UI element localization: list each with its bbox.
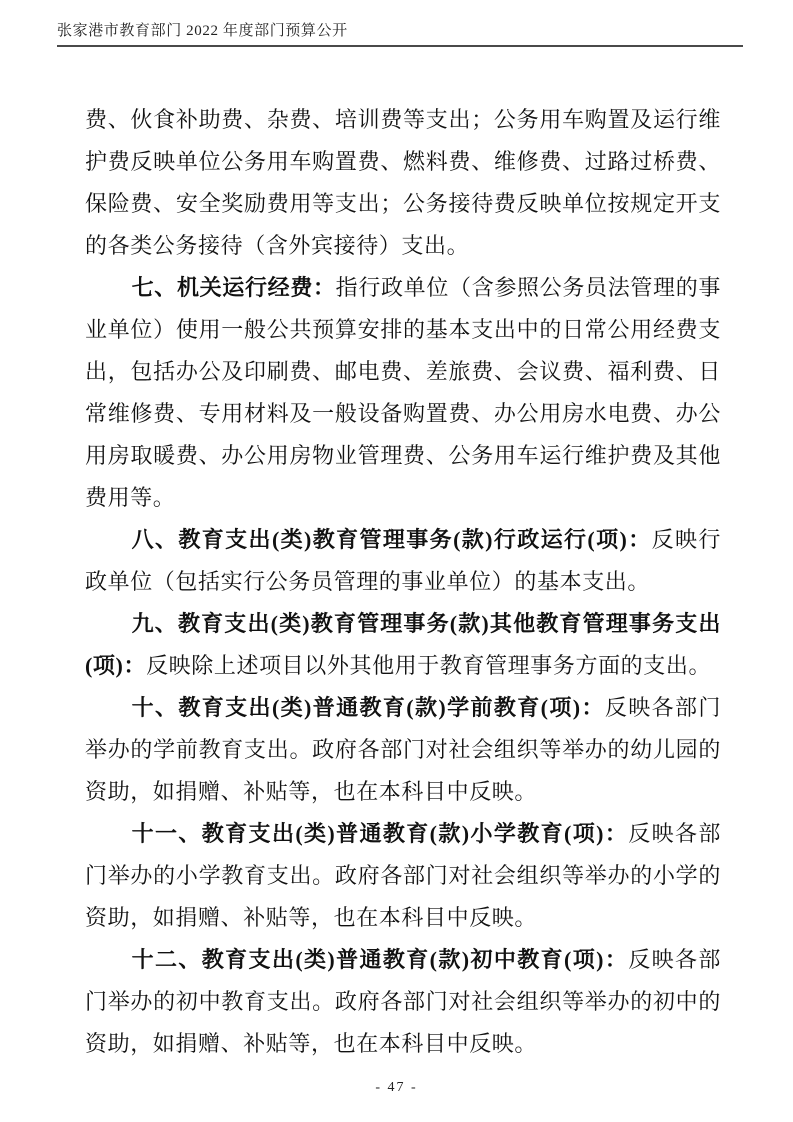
header-rule [57,45,743,47]
paragraph-lead: 十二、教育支出(类)普通教育(款)初中教育(项)： [132,947,629,972]
paragraph-text: 费、伙食补助费、杂费、培训费等支出；公务用车购置及运行维护费反映单位公务用车购置… [85,107,721,258]
paragraph-text: 指行政单位（含参照公务员法管理的事业单位）使用一般公共预算安排的基本支出中的日常… [85,275,721,510]
paragraph-lead: 八、教育支出(类)教育管理事务(款)行政运行(项)： [132,527,652,552]
paragraph-lead: 七、机关运行经费： [132,275,336,300]
header-title: 张家港市教育部门 2022 年度部门预算公开 [57,19,348,40]
paragraph-item-10-preschool-education: 十、教育支出(类)普通教育(款)学前教育(项)：反映各部门举办的学前教育支出。政… [85,687,721,813]
paragraph-item-7-agency-operating-funds: 七、机关运行经费：指行政单位（含参照公务员法管理的事业单位）使用一般公共预算安排… [85,267,721,519]
page-footer: - 47 - [0,1078,793,1096]
paragraph-lead: 十一、教育支出(类)普通教育(款)小学教育(项)： [132,821,629,846]
paragraph-item-11-primary-education: 十一、教育支出(类)普通教育(款)小学教育(项)：反映各部门举办的小学教育支出。… [85,813,721,939]
paragraph-lead: 十、教育支出(类)普通教育(款)学前教育(项)： [132,695,605,720]
paragraph-item-9-other-education-admin-expense: 九、教育支出(类)教育管理事务(款)其他教育管理事务支出(项)：反映除上述项目以… [85,603,721,687]
paragraph-vehicle-reception-expense-continuation: 费、伙食补助费、杂费、培训费等支出；公务用车购置及运行维护费反映单位公务用车购置… [85,99,721,267]
paragraph-text: 反映除上述项目以外其他用于教育管理事务方面的支出。 [146,653,711,678]
paragraph-item-12-junior-high-education: 十二、教育支出(类)普通教育(款)初中教育(项)：反映各部门举办的初中教育支出。… [85,939,721,1065]
document-body: 费、伙食补助费、杂费、培训费等支出；公务用车购置及运行维护费反映单位公务用车购置… [85,99,721,1065]
paragraph-item-8-administrative-operation: 八、教育支出(类)教育管理事务(款)行政运行(项)：反映行政单位（包括实行公务员… [85,519,721,603]
page-number: - 47 - [375,1080,417,1095]
document-page: 张家港市教育部门 2022 年度部门预算公开 费、伙食补助费、杂费、培训费等支出… [0,0,793,1122]
